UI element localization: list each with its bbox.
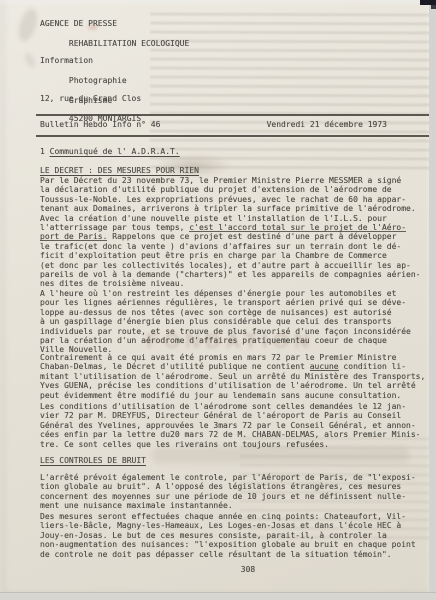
horizontal-rule-top bbox=[36, 114, 434, 116]
paragraph-controles-1: L'arrêté prévoit également le controle, … bbox=[40, 473, 416, 511]
address-street: 12, rue du Grand Clos bbox=[40, 94, 141, 103]
section-number: 1 bbox=[40, 147, 50, 156]
scan-edge-right bbox=[429, 0, 436, 600]
paper-crease-mark bbox=[23, 51, 37, 69]
paragraph-decret-3: Contrairement à ce qui avait été promis … bbox=[40, 353, 425, 400]
service-item: Photographie bbox=[69, 76, 127, 85]
section-heading: 1 Communiqué de l' A.D.R.A.T. bbox=[40, 147, 180, 157]
page-number: 308 bbox=[210, 565, 286, 575]
section-title: Communiqué de l' A.D.R.A.T. bbox=[50, 147, 180, 156]
horizontal-rule-bottom bbox=[36, 135, 434, 137]
scan-corner-artifact bbox=[431, 5, 436, 9]
agency-name-line1: AGENCE DE PRESSE bbox=[40, 19, 117, 28]
bulletin-date: Vendredi 21 décembre 1973 bbox=[267, 120, 387, 129]
scan-edge-bottom bbox=[0, 592, 436, 600]
article-heading-controles: LES CONTROLES DE BRUIT bbox=[40, 456, 146, 466]
paper-sheet: FONDATION AGENCE DE PRESSE REHABILITATIO… bbox=[0, 0, 429, 593]
service-item: Information bbox=[40, 56, 93, 65]
bleedthrough-text-top bbox=[150, 8, 434, 171]
bulletin-title: Bulletin Hebdo Info n° 46 bbox=[40, 120, 160, 129]
paragraph-decret-4: Les conditions d'utilisation de l'aérodr… bbox=[40, 402, 421, 449]
agency-name: AGENCE DE PRESSE REHABILITATION ECOLOGIQ… bbox=[40, 19, 189, 49]
article-heading-decret: LE DECRET : DES MESURES POUR RIEN bbox=[40, 166, 199, 176]
paragraph-decret-1: Par le Décret du 23 novembre 73, le Prem… bbox=[40, 176, 421, 289]
agency-name-line2: REHABILITATION ECOLOGIQUE bbox=[69, 39, 189, 48]
bulletin-info-row: Bulletin Hebdo Info n° 46 Vendredi 21 dé… bbox=[40, 120, 387, 129]
scanned-document-page: FONDATION AGENCE DE PRESSE REHABILITATIO… bbox=[0, 0, 436, 600]
paper-crease-mark bbox=[15, 6, 41, 43]
underline-aucune bbox=[310, 370, 339, 371]
paragraph-controles-2: Des mesures seront effectuées chaque ann… bbox=[40, 512, 416, 559]
bleedthrough-large-word-2 bbox=[152, 447, 410, 463]
underline-accord-total bbox=[189, 231, 406, 232]
paragraph-decret-2: A l'heure où l'on restreint les dépenses… bbox=[40, 289, 411, 355]
underline-port-de-paris bbox=[40, 240, 107, 241]
